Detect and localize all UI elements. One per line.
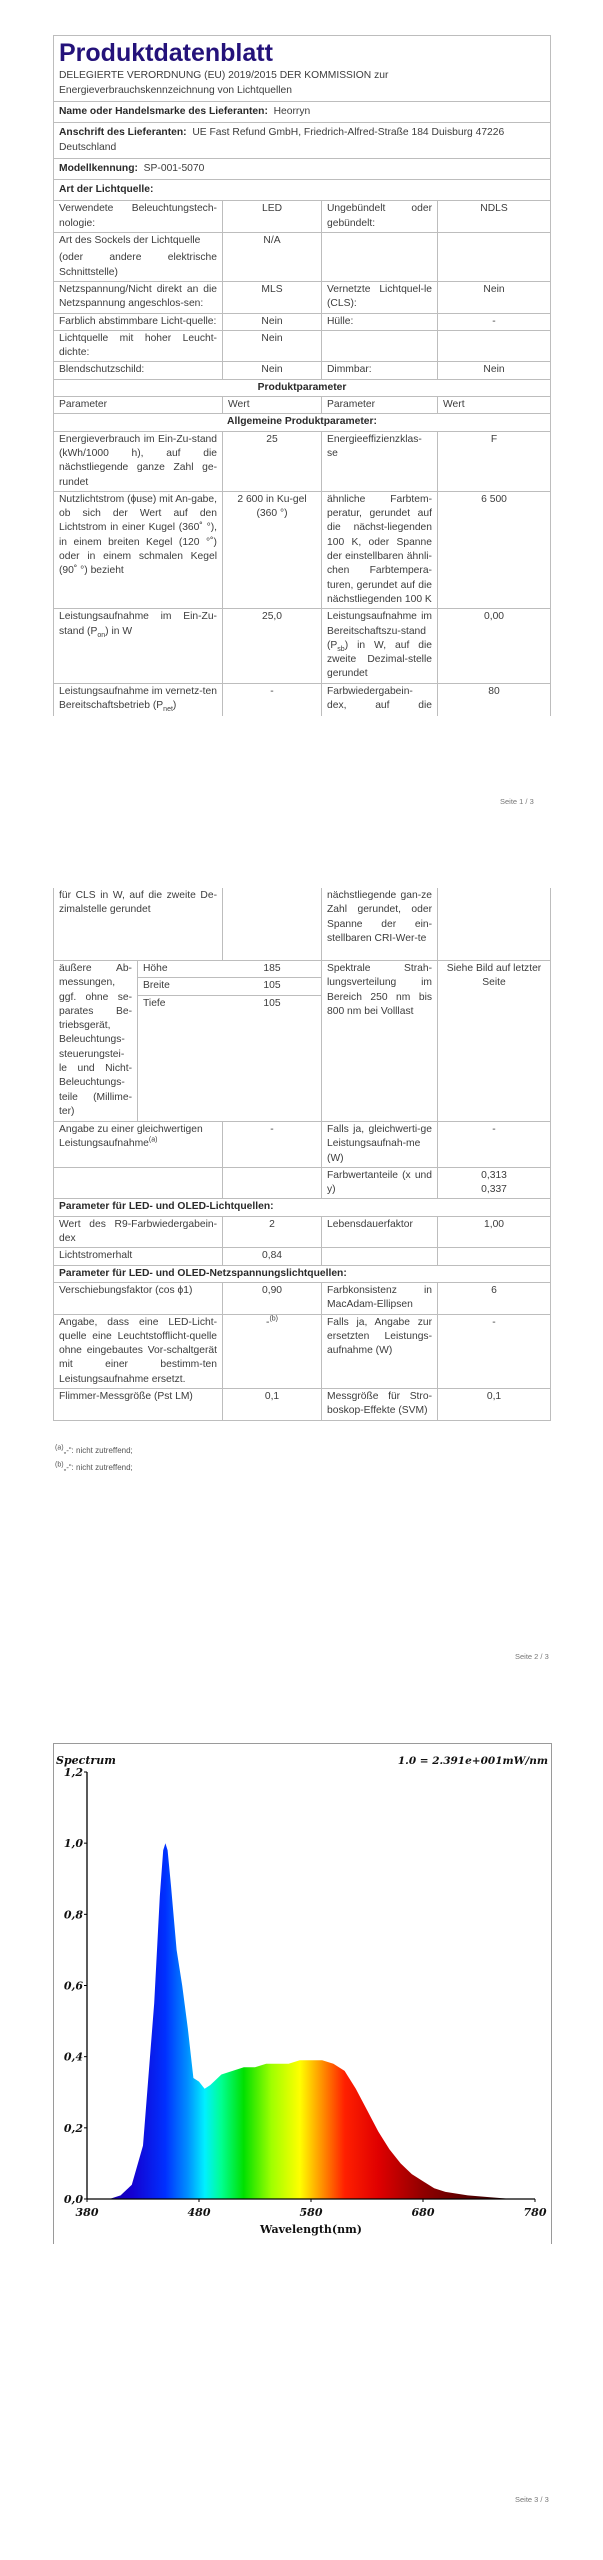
light-source-type-heading: Art der Lichtquelle: [54, 180, 551, 201]
param-label: Lichtstromerhalt [54, 1248, 223, 1265]
empty-cell [223, 1167, 322, 1199]
x-axis-label: Wavelength(nm) [259, 2223, 362, 2236]
empty-cell [438, 888, 551, 961]
spectrum-plot: 0,00,20,40,60,81,01,2380480580680780Spec… [54, 1744, 551, 2244]
param-label: Art des Sockels der Lichtquelle(oder and… [54, 233, 223, 282]
spectrum-chart: 0,00,20,40,60,81,01,2380480580680780Spec… [53, 1743, 552, 2244]
y-tick-label: 0,4 [64, 2051, 83, 2064]
param-value: 2 [223, 1216, 322, 1248]
param-label: Farblich abstimmbare Licht-quelle: [54, 313, 223, 330]
param-value: N/A [223, 233, 322, 282]
supplier-name-row: Name oder Handelsmarke des Lieferanten: … [54, 102, 551, 123]
table-row: Blendschutzschild: Nein Dimmbar: Nein [54, 362, 551, 379]
param-label: Verschiebungsfaktor (cos ϕ1) [54, 1282, 223, 1314]
param-value: LED [223, 201, 322, 233]
spectrum-area [87, 1843, 535, 2199]
param-label: Wert des R9-Farbwiedergabein-dex [54, 1216, 223, 1248]
dimension-value: 185 [223, 961, 321, 978]
param-value: 0,84 [223, 1248, 322, 1265]
supplier-address-label: Anschrift des Lieferanten: [59, 127, 187, 138]
x-tick-label: 380 [76, 2206, 99, 2219]
x-tick-label: 480 [188, 2206, 211, 2219]
param-label: Lebensdauerfaktor [322, 1216, 438, 1248]
dimensions-label: äußere Ab-messungen, ggf. ohne se-parate… [54, 961, 138, 1122]
model-identifier: SP-001-5070 [144, 163, 205, 174]
chart-annotation: 1.0 = 2.391e+001mW/nm [398, 1755, 548, 1767]
column-header: Parameter [322, 397, 438, 414]
empty-cell [438, 1248, 551, 1265]
param-label: Farbwertanteile (x und y) [322, 1167, 438, 1199]
param-label: Leistungsaufnahme im Bereitschaftszu-sta… [322, 609, 438, 683]
table-row: Netzspannung/Nicht direkt an die Netzspa… [54, 281, 551, 313]
param-label: Farbwiedergabein-dex, auf die [322, 683, 438, 716]
param-value: NDLS [438, 201, 551, 233]
param-label: Lichtquelle mit hoher Leucht-dichte: [54, 330, 223, 362]
param-value: 0,3130,337 [438, 1167, 551, 1199]
param-label: Spektrale Strah-lungsverteilung im Berei… [322, 961, 438, 1122]
y-tick-label: 0,2 [64, 2122, 83, 2135]
empty-cell [223, 888, 322, 961]
chart-title: Spectrum [56, 1754, 116, 1767]
param-value: - [438, 313, 551, 330]
table-row: Angabe, dass eine LED-Licht-quelle eine … [54, 1314, 551, 1388]
header-cell: Produktdatenblatt DELEGIERTE VERORDNUNG … [54, 36, 551, 102]
empty-cell [322, 1248, 438, 1265]
param-label: Falls ja, gleichwerti-ge Leistungsaufnah… [322, 1122, 438, 1168]
param-value: 0,1 [438, 1389, 551, 1421]
param-label: Angabe zu einer gleichwertigen Leistungs… [54, 1122, 223, 1168]
table-row: Flimmer-Messgröße (Pst LM) 0,1 Messgröße… [54, 1389, 551, 1421]
param-label: Leistungsaufnahme im vernetz-ten Bereits… [54, 683, 223, 716]
dimension-label: Breite [138, 978, 223, 995]
param-label: nächstliegende gan-ze Zahl gerundet, ode… [322, 888, 438, 961]
param-value: - [223, 683, 322, 716]
param-label: Messgröße für Stro-boskop-Effekte (SVM) [322, 1389, 438, 1421]
param-label: ähnliche Farbtem-peratur, gerundet auf d… [322, 491, 438, 608]
param-value: - [438, 1122, 551, 1168]
x-tick-label: 680 [412, 2206, 435, 2219]
param-value: 0,90 [223, 1282, 322, 1314]
param-value: 0,00 [438, 609, 551, 683]
column-header-row: Parameter Wert Parameter Wert [54, 397, 551, 414]
y-tick-label: 0,6 [64, 1980, 83, 1993]
footnote-a: (a)„-“: nicht zutreffend; [55, 1446, 133, 1455]
table-row: Lichtstromerhalt 0,84 [54, 1248, 551, 1265]
param-value: - [223, 1122, 322, 1168]
param-value: 80 [438, 683, 551, 716]
param-label: Falls ja, Angabe zur ersetzten Leistungs… [322, 1314, 438, 1388]
param-value: Nein [438, 362, 551, 379]
param-value: -(b) [223, 1314, 322, 1388]
param-label: Energieeffizienzklas-se [322, 431, 438, 491]
dimensions-row: äußere Ab-messungen, ggf. ohne se-parate… [54, 961, 551, 1122]
datasheet-table-page2: für CLS in W, auf die zweite De-zimalste… [53, 888, 551, 1421]
param-label: Hülle: [322, 313, 438, 330]
table-row: Leistungsaufnahme im Ein-Zu-stand (Pon) … [54, 609, 551, 683]
regulation-line-2: Energieverbrauchskennzeichnung von Licht… [59, 83, 545, 98]
param-value: Nein [223, 330, 322, 362]
page-footer-2: Seite 2 / 3 [515, 1652, 549, 1661]
param-label: Angabe, dass eine LED-Licht-quelle eine … [54, 1314, 223, 1388]
page-title: Produktdatenblatt [59, 38, 545, 68]
table-row: Verschiebungsfaktor (cos ϕ1) 0,90 Farbko… [54, 1282, 551, 1314]
dimension-label: Höhe [138, 961, 223, 978]
param-label: Dimmbar: [322, 362, 438, 379]
mains-params-heading: Parameter für LED- und OLED-Netzspannung… [54, 1265, 551, 1282]
chromaticity-x: 0,313 [443, 1169, 545, 1183]
table-row: Leistungsaufnahme im vernetz-ten Bereits… [54, 683, 551, 716]
x-tick-label: 780 [524, 2206, 547, 2219]
y-tick-label: 1,2 [64, 1766, 83, 1779]
energy-class-value: F [438, 431, 551, 491]
param-label: Netzspannung/Nicht direkt an die Netzspa… [54, 281, 223, 313]
empty-cell [54, 1167, 223, 1199]
param-value: Nein [223, 313, 322, 330]
product-params-heading: Produktparameter [54, 379, 551, 396]
table-row: Angabe zu einer gleichwertigen Leistungs… [54, 1122, 551, 1168]
column-header: Wert [223, 397, 322, 414]
x-tick-label: 580 [300, 2206, 323, 2219]
param-label: Leistungsaufnahme im Ein-Zu-stand (Pon) … [54, 609, 223, 683]
empty-cell [438, 233, 551, 282]
param-label: Flimmer-Messgröße (Pst LM) [54, 1389, 223, 1421]
chromaticity-y: 0,337 [443, 1183, 545, 1197]
model-label: Modellkennung: [59, 163, 138, 174]
param-value: Nein [438, 281, 551, 313]
param-value: 1,00 [438, 1216, 551, 1248]
param-value: - [438, 1314, 551, 1388]
param-label: Blendschutzschild: [54, 362, 223, 379]
dimensions-cell: Höhe185 Breite105 Tiefe105 [138, 961, 322, 1122]
param-value: 0,1 [223, 1389, 322, 1421]
param-label: Nutzlichtstrom (ϕuse) mit An-gabe, ob si… [54, 491, 223, 608]
model-row: Modellkennung: SP-001-5070 [54, 158, 551, 179]
param-label: Energieverbrauch im Ein-Zu-stand (kWh/10… [54, 431, 223, 491]
param-value: 25,0 [223, 609, 322, 683]
dimension-row: Tiefe105 [138, 995, 321, 1012]
supplier-address-row: Anschrift des Lieferanten: UE Fast Refun… [54, 123, 551, 159]
dimensions-table: Höhe185 Breite105 Tiefe105 [138, 961, 321, 1012]
empty-cell [322, 233, 438, 282]
param-value: Siehe Bild auf letzter Seite [438, 961, 551, 1122]
table-row: Farbwertanteile (x und y) 0,3130,337 [54, 1167, 551, 1199]
dimension-row: Höhe185 [138, 961, 321, 978]
param-value: 6 500 [438, 491, 551, 608]
y-tick-label: 1,0 [64, 1837, 83, 1850]
column-header: Wert [438, 397, 551, 414]
page-footer-1: Seite 1 / 3 [500, 797, 534, 806]
empty-cell [322, 330, 438, 362]
param-label: Farbkonsistenz in MacAdam-Ellipsen [322, 1282, 438, 1314]
param-value: MLS [223, 281, 322, 313]
general-params-heading: Allgemeine Produktparameter: [54, 414, 551, 431]
footnote-b: (b)„-“: nicht zutreffend; [55, 1463, 133, 1472]
socket-label: Art des Sockels der Lichtquelle [59, 234, 217, 248]
table-row: Lichtquelle mit hoher Leucht-dichte: Nei… [54, 330, 551, 362]
led-params-heading: Parameter für LED- und OLED-Lichtquellen… [54, 1199, 551, 1216]
table-row: Nutzlichtstrom (ϕuse) mit An-gabe, ob si… [54, 491, 551, 608]
table-row: Farblich abstimmbare Licht-quelle: Nein … [54, 313, 551, 330]
empty-cell [438, 330, 551, 362]
param-label: Vernetzte Lichtquel-le (CLS): [322, 281, 438, 313]
table-row: für CLS in W, auf die zweite De-zimalste… [54, 888, 551, 961]
y-tick-label: 0,8 [64, 1908, 83, 1921]
param-label: Verwendete Beleuchtungstech-nologie: [54, 201, 223, 233]
dimension-label: Tiefe [138, 995, 223, 1012]
dimension-value: 105 [223, 995, 321, 1012]
page-footer-3: Seite 3 / 3 [515, 2495, 549, 2504]
supplier-name: Heorryn [274, 106, 311, 117]
column-header: Parameter [54, 397, 223, 414]
regulation-line-1: DELEGIERTE VERORDNUNG (EU) 2019/2015 DER… [59, 68, 545, 83]
table-row: Wert des R9-Farbwiedergabein-dex 2 Leben… [54, 1216, 551, 1248]
table-row: Verwendete Beleuchtungstech-nologie: LED… [54, 201, 551, 233]
socket-label-note: (oder andere elektrische Schnittstelle) [59, 251, 217, 280]
param-value: 6 [438, 1282, 551, 1314]
dimension-row: Breite105 [138, 978, 321, 995]
param-value: 25 [223, 431, 322, 491]
table-row: Energieverbrauch im Ein-Zu-stand (kWh/10… [54, 431, 551, 491]
param-value: 2 600 in Ku-gel (360 °) [223, 491, 322, 608]
table-row: Art des Sockels der Lichtquelle(oder and… [54, 233, 551, 282]
dimension-value: 105 [223, 978, 321, 995]
datasheet-table-page1: Produktdatenblatt DELEGIERTE VERORDNUNG … [53, 35, 551, 716]
param-label: für CLS in W, auf die zweite De-zimalste… [54, 888, 223, 961]
supplier-name-label: Name oder Handelsmarke des Lieferanten: [59, 106, 268, 117]
y-tick-label: 0,0 [64, 2193, 83, 2206]
param-value: Nein [223, 362, 322, 379]
param-label: Ungebündelt oder gebündelt: [322, 201, 438, 233]
